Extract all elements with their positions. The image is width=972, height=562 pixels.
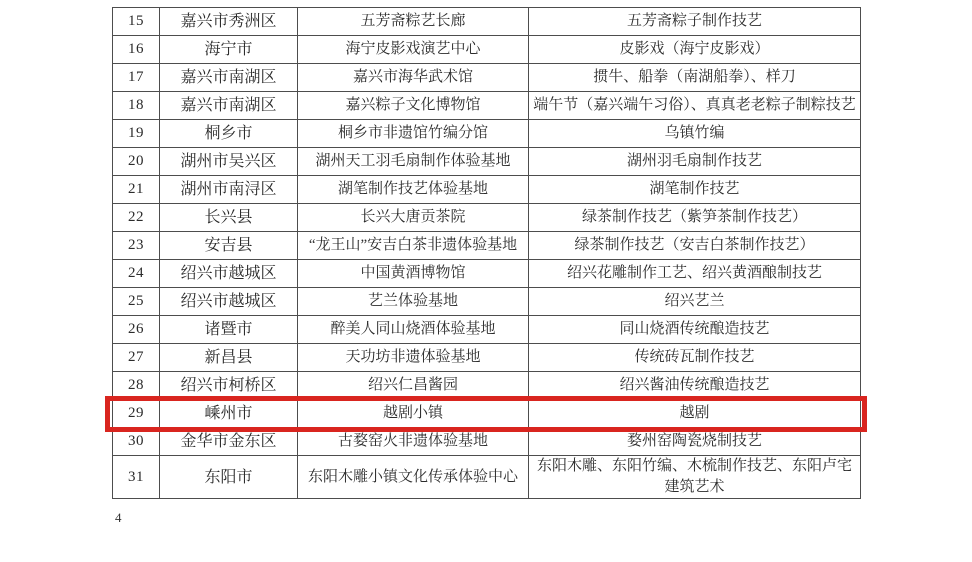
cell-region: 嵊州市 — [160, 400, 298, 428]
table-body: 15 嘉兴市秀洲区 五芳斋粽艺长廊 五芳斋粽子制作技艺 16 海宁市 海宁皮影戏… — [113, 8, 861, 499]
cell-venue: 古婺窑火非遗体验基地 — [298, 428, 529, 456]
table-row: 30 金华市金东区 古婺窑火非遗体验基地 婺州窑陶瓷烧制技艺 — [113, 428, 861, 456]
cell-serial-number: 15 — [113, 8, 160, 36]
cell-serial-number: 22 — [113, 204, 160, 232]
heritage-table: 15 嘉兴市秀洲区 五芳斋粽艺长廊 五芳斋粽子制作技艺 16 海宁市 海宁皮影戏… — [112, 7, 861, 499]
table-row: 31 东阳市 东阳木雕小镇文化传承体验中心 东阳木雕、东阳竹编、木梳制作技艺、东… — [113, 456, 861, 499]
cell-serial-number: 30 — [113, 428, 160, 456]
cell-heritage-items: 皮影戏（海宁皮影戏） — [529, 36, 861, 64]
cell-serial-number: 18 — [113, 92, 160, 120]
cell-venue: 湖州天工羽毛扇制作体验基地 — [298, 148, 529, 176]
cell-venue: 醉美人同山烧酒体验基地 — [298, 316, 529, 344]
table-row: 23 安吉县 “龙王山”安吉白茶非遗体验基地 绿茶制作技艺（安吉白茶制作技艺） — [113, 232, 861, 260]
cell-region: 湖州市吴兴区 — [160, 148, 298, 176]
cell-region: 东阳市 — [160, 456, 298, 499]
cell-serial-number: 21 — [113, 176, 160, 204]
cell-heritage-items: 湖州羽毛扇制作技艺 — [529, 148, 861, 176]
cell-heritage-items: 绍兴酱油传统酿造技艺 — [529, 372, 861, 400]
cell-serial-number: 26 — [113, 316, 160, 344]
table-row: 24 绍兴市越城区 中国黄酒博物馆 绍兴花雕制作工艺、绍兴黄酒酿制技艺 — [113, 260, 861, 288]
cell-heritage-items: 湖笔制作技艺 — [529, 176, 861, 204]
cell-heritage-items: 绿茶制作技艺（紫笋茶制作技艺） — [529, 204, 861, 232]
cell-heritage-items: 端午节（嘉兴端午习俗）、真真老老粽子制粽技艺 — [529, 92, 861, 120]
cell-venue: 中国黄酒博物馆 — [298, 260, 529, 288]
cell-region: 新昌县 — [160, 344, 298, 372]
cell-region: 海宁市 — [160, 36, 298, 64]
cell-serial-number: 29 — [113, 400, 160, 428]
cell-heritage-items: 绍兴花雕制作工艺、绍兴黄酒酿制技艺 — [529, 260, 861, 288]
cell-heritage-items: 同山烧酒传统酿造技艺 — [529, 316, 861, 344]
table-row: 18 嘉兴市南湖区 嘉兴粽子文化博物馆 端午节（嘉兴端午习俗）、真真老老粽子制粽… — [113, 92, 861, 120]
cell-serial-number: 25 — [113, 288, 160, 316]
cell-serial-number: 27 — [113, 344, 160, 372]
table-row: 15 嘉兴市秀洲区 五芳斋粽艺长廊 五芳斋粽子制作技艺 — [113, 8, 861, 36]
cell-region: 金华市金东区 — [160, 428, 298, 456]
cell-region: 安吉县 — [160, 232, 298, 260]
cell-venue: 天功坊非遗体验基地 — [298, 344, 529, 372]
table-row: 25 绍兴市越城区 艺兰体验基地 绍兴艺兰 — [113, 288, 861, 316]
page: 15 嘉兴市秀洲区 五芳斋粽艺长廊 五芳斋粽子制作技艺 16 海宁市 海宁皮影戏… — [0, 0, 972, 562]
cell-region: 绍兴市越城区 — [160, 260, 298, 288]
table-row: 21 湖州市南浔区 湖笔制作技艺体验基地 湖笔制作技艺 — [113, 176, 861, 204]
cell-venue: 五芳斋粽艺长廊 — [298, 8, 529, 36]
cell-region: 长兴县 — [160, 204, 298, 232]
cell-region: 绍兴市越城区 — [160, 288, 298, 316]
cell-serial-number: 31 — [113, 456, 160, 499]
table-row: 22 长兴县 长兴大唐贡茶院 绿茶制作技艺（紫笋茶制作技艺） — [113, 204, 861, 232]
cell-heritage-items: 绿茶制作技艺（安吉白茶制作技艺） — [529, 232, 861, 260]
cell-region: 绍兴市柯桥区 — [160, 372, 298, 400]
cell-heritage-items: 东阳木雕、东阳竹编、木梳制作技艺、东阳卢宅建筑艺术 — [529, 456, 861, 499]
table-row: 19 桐乡市 桐乡市非遗馆竹编分馆 乌镇竹编 — [113, 120, 861, 148]
cell-heritage-items: 传统砖瓦制作技艺 — [529, 344, 861, 372]
cell-serial-number: 19 — [113, 120, 160, 148]
cell-venue: 海宁皮影戏演艺中心 — [298, 36, 529, 64]
table-row: 17 嘉兴市南湖区 嘉兴市海华武术馆 掼牛、船拳（南湖船拳）、样刀 — [113, 64, 861, 92]
cell-serial-number: 17 — [113, 64, 160, 92]
table-row: 27 新昌县 天功坊非遗体验基地 传统砖瓦制作技艺 — [113, 344, 861, 372]
cell-venue: 湖笔制作技艺体验基地 — [298, 176, 529, 204]
cell-region: 嘉兴市南湖区 — [160, 92, 298, 120]
cell-venue: 嘉兴市海华武术馆 — [298, 64, 529, 92]
table-row: 26 诸暨市 醉美人同山烧酒体验基地 同山烧酒传统酿造技艺 — [113, 316, 861, 344]
cell-heritage-items: 乌镇竹编 — [529, 120, 861, 148]
cell-serial-number: 20 — [113, 148, 160, 176]
cell-region: 嘉兴市秀洲区 — [160, 8, 298, 36]
cell-serial-number: 23 — [113, 232, 160, 260]
cell-region: 嘉兴市南湖区 — [160, 64, 298, 92]
table-row: 28 绍兴市柯桥区 绍兴仁昌酱园 绍兴酱油传统酿造技艺 — [113, 372, 861, 400]
table-row: 20 湖州市吴兴区 湖州天工羽毛扇制作体验基地 湖州羽毛扇制作技艺 — [113, 148, 861, 176]
cell-venue: 艺兰体验基地 — [298, 288, 529, 316]
cell-venue: 越剧小镇 — [298, 400, 529, 428]
cell-region: 湖州市南浔区 — [160, 176, 298, 204]
cell-serial-number: 28 — [113, 372, 160, 400]
cell-heritage-items: 越剧 — [529, 400, 861, 428]
page-number: 4 — [115, 510, 122, 526]
cell-venue: 长兴大唐贡茶院 — [298, 204, 529, 232]
cell-venue: “龙王山”安吉白茶非遗体验基地 — [298, 232, 529, 260]
table-row: 29 嵊州市 越剧小镇 越剧 — [113, 400, 861, 428]
cell-region: 桐乡市 — [160, 120, 298, 148]
cell-region: 诸暨市 — [160, 316, 298, 344]
table-row: 16 海宁市 海宁皮影戏演艺中心 皮影戏（海宁皮影戏） — [113, 36, 861, 64]
cell-serial-number: 24 — [113, 260, 160, 288]
cell-heritage-items: 婺州窑陶瓷烧制技艺 — [529, 428, 861, 456]
cell-heritage-items: 绍兴艺兰 — [529, 288, 861, 316]
cell-venue: 绍兴仁昌酱园 — [298, 372, 529, 400]
cell-venue: 桐乡市非遗馆竹编分馆 — [298, 120, 529, 148]
cell-heritage-items: 五芳斋粽子制作技艺 — [529, 8, 861, 36]
cell-heritage-items: 掼牛、船拳（南湖船拳）、样刀 — [529, 64, 861, 92]
cell-venue: 东阳木雕小镇文化传承体验中心 — [298, 456, 529, 499]
cell-serial-number: 16 — [113, 36, 160, 64]
cell-venue: 嘉兴粽子文化博物馆 — [298, 92, 529, 120]
